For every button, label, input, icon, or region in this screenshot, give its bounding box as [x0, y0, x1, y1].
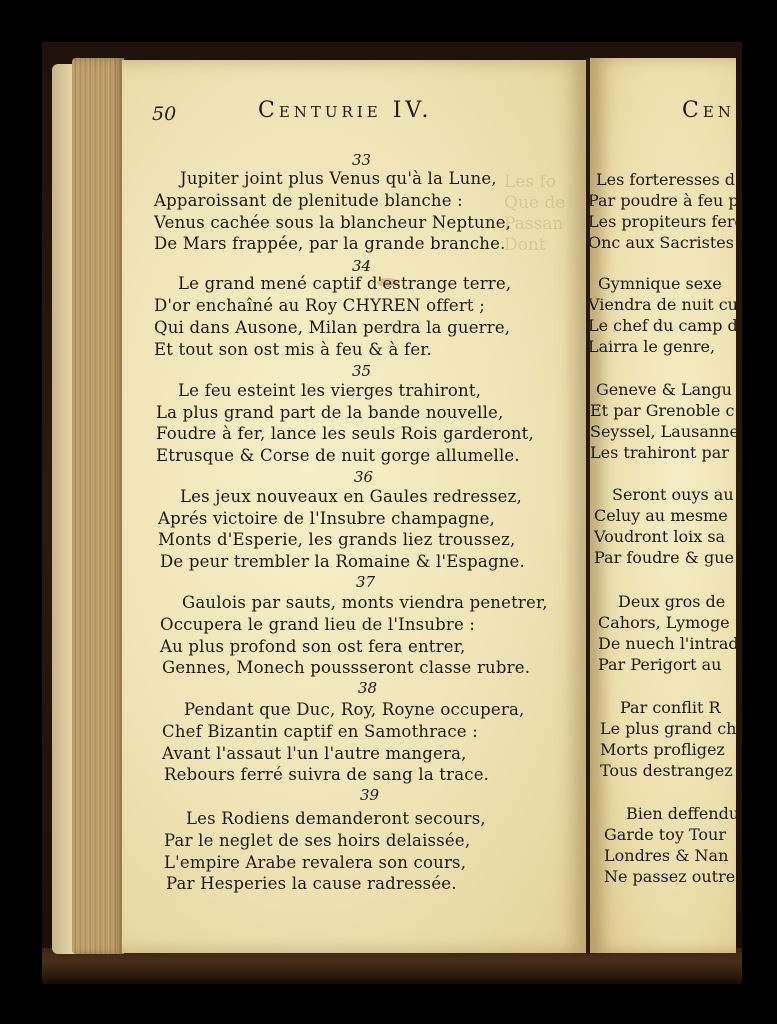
verse-line: Viendra de nuit cu	[590, 295, 736, 314]
verse-line: Avant l'assaut l'un l'autre mangera,	[162, 744, 467, 763]
verse-line: Au plus profond son ost fera entrer,	[160, 637, 465, 656]
verse-line: Geneve & Langu	[596, 380, 732, 399]
verse-line: Par poudre à feu pr	[590, 191, 736, 210]
verse-line: Lairra le genre,	[590, 337, 715, 356]
quatrain-number: 39	[360, 786, 379, 804]
verse-line: Pendant que Duc, Roy, Royne occupera,	[184, 700, 524, 719]
quatrain-number: 36	[354, 468, 373, 486]
quatrain-number: 34	[352, 257, 371, 275]
verse-line: Bien deffendu	[626, 804, 736, 823]
running-head-right: Cen	[682, 98, 735, 123]
verse-line: Les forteresses d	[596, 170, 735, 189]
quatrain-number: 38	[358, 679, 377, 697]
verse-line: Apparoissant de plenitude blanche :	[154, 191, 463, 210]
page-number: 50	[152, 103, 176, 125]
verse-line: Gennes, Monech poussseront classe rubre.	[162, 658, 530, 677]
verse-line: Gaulois par sauts, monts viendra penetre…	[182, 593, 548, 612]
verse-line: Les propiteurs ferc	[590, 212, 736, 231]
verse-line: Onc aux Sacristes i	[590, 233, 736, 252]
verse-line: Chef Bizantin captif en Samothrace :	[162, 722, 478, 741]
verse-line: Deux gros de	[618, 592, 725, 611]
verse-line: Le chef du camp d	[590, 316, 736, 335]
verse-line: Qui dans Ausone, Milan perdra la guerre,	[154, 318, 510, 337]
quatrain-number: 33	[352, 151, 371, 169]
verse-line: Les trahiront par	[590, 443, 729, 462]
verse-line: Jupiter joint plus Venus qu'à la Lune,	[180, 169, 497, 188]
verse-line: Morts profligez	[600, 740, 725, 759]
page-edges	[72, 58, 124, 954]
verse-line: La plus grand part de la bande nouvelle,	[156, 403, 503, 422]
verse-line: Seyssel, Lausanne	[590, 422, 736, 441]
verse-line: Par Perigort au	[598, 655, 721, 674]
verse-line: Les jeux nouveaux en Gaules redressez,	[180, 487, 522, 506]
verse-line: Seront ouys au	[612, 485, 734, 504]
verse-line: Et par Grenoble c	[590, 401, 734, 420]
verse-line: Par conflit R	[620, 698, 721, 717]
verse-line: Etrusque & Corse de nuit gorge allumelle…	[156, 446, 520, 465]
quatrain-number: 37	[356, 573, 375, 591]
show-through-text: Les foQue dePassanDont	[504, 172, 584, 256]
verse-line: L'empire Arabe revalera son cours,	[164, 853, 466, 872]
verse-line: Gymnique sexe	[598, 274, 722, 293]
verse-line: D'or enchaîné au Roy CHYREN offert ;	[154, 296, 485, 315]
verse-line: Londres & Nan	[604, 846, 728, 865]
verse-line: Par le neglet de ses hoirs delaissée,	[164, 831, 470, 850]
verse-line: Aprés victoire de l'Insubre champagne,	[158, 509, 495, 528]
verse-line: De Mars frappée, par la grande branche.	[154, 234, 506, 253]
verse-line: Rebours ferré suivra de sang la trace.	[164, 765, 489, 784]
verse-line: Cahors, Lymoge	[598, 613, 730, 632]
right-page: Cen Les forteresses d Par poudre à feu p…	[590, 58, 736, 953]
quatrain-number: 35	[352, 362, 371, 380]
verse-line: De nuech l'intrad	[598, 634, 736, 653]
verse-line: Monts d'Esperie, les grands liez trousse…	[158, 530, 515, 549]
verse-line: Le plus grand ch	[600, 719, 736, 738]
verse-line: Par foudre & gue	[594, 548, 734, 567]
verse-line: Le feu esteint les vierges trahiront,	[178, 381, 481, 400]
verse-line: Tous destrangez	[600, 761, 733, 780]
verse-line: Et tout son ost mis à feu & à fer.	[154, 340, 432, 359]
verse-line: Les Rodiens demanderont secours,	[186, 809, 486, 828]
verse-line: Venus cachée sous la blancheur Neptune,	[154, 213, 511, 232]
verse-line: Occupera le grand lieu de l'Insubre :	[160, 615, 475, 634]
running-head: Centurie IV.	[258, 98, 432, 123]
verse-line: Le grand mené captif d'estrange terre,	[178, 274, 511, 293]
verse-line: Ne passez outre	[604, 867, 735, 886]
verse-line: Voudront loix sa	[594, 527, 725, 546]
verse-line: Foudre à fer, lance les seuls Rois garde…	[156, 424, 534, 443]
verse-line: De peur trembler la Romaine & l'Espagne.	[160, 552, 525, 571]
verse-line: Celuy au mesme	[594, 506, 728, 525]
verse-line: Par Hesperies la cause radressée.	[166, 874, 457, 893]
verse-line: Garde toy Tour	[604, 825, 726, 844]
